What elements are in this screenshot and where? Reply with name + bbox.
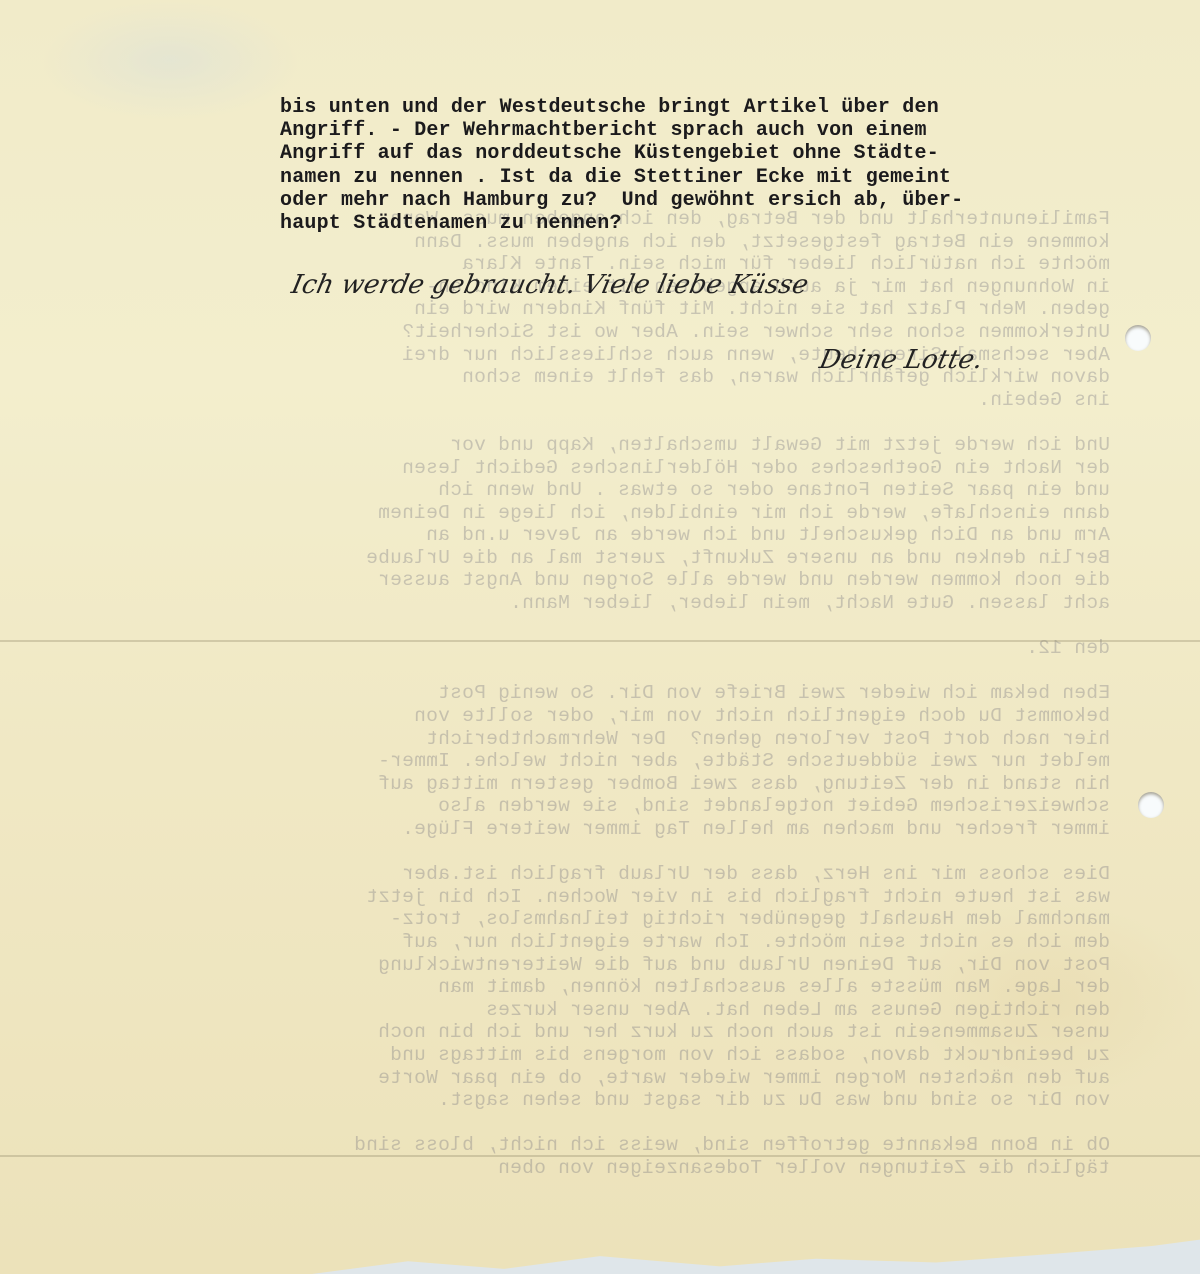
bleed-through-text: Familienunterhalt und der Betrag, den ic… (60, 95, 1110, 1180)
punch-hole (1138, 792, 1164, 818)
punch-hole (1125, 325, 1151, 351)
fold-line (0, 640, 1200, 642)
letter-paper: Familienunterhalt und der Betrag, den ic… (0, 0, 1200, 1274)
typed-text: bis unten und der Westdeutsche bringt Ar… (280, 96, 1100, 235)
fold-line (0, 1155, 1200, 1157)
handwritten-signature: Deine Lotte. (817, 345, 986, 375)
handwritten-closing: Ich werde gebraucht. Viele liebe Küsse (289, 270, 811, 300)
